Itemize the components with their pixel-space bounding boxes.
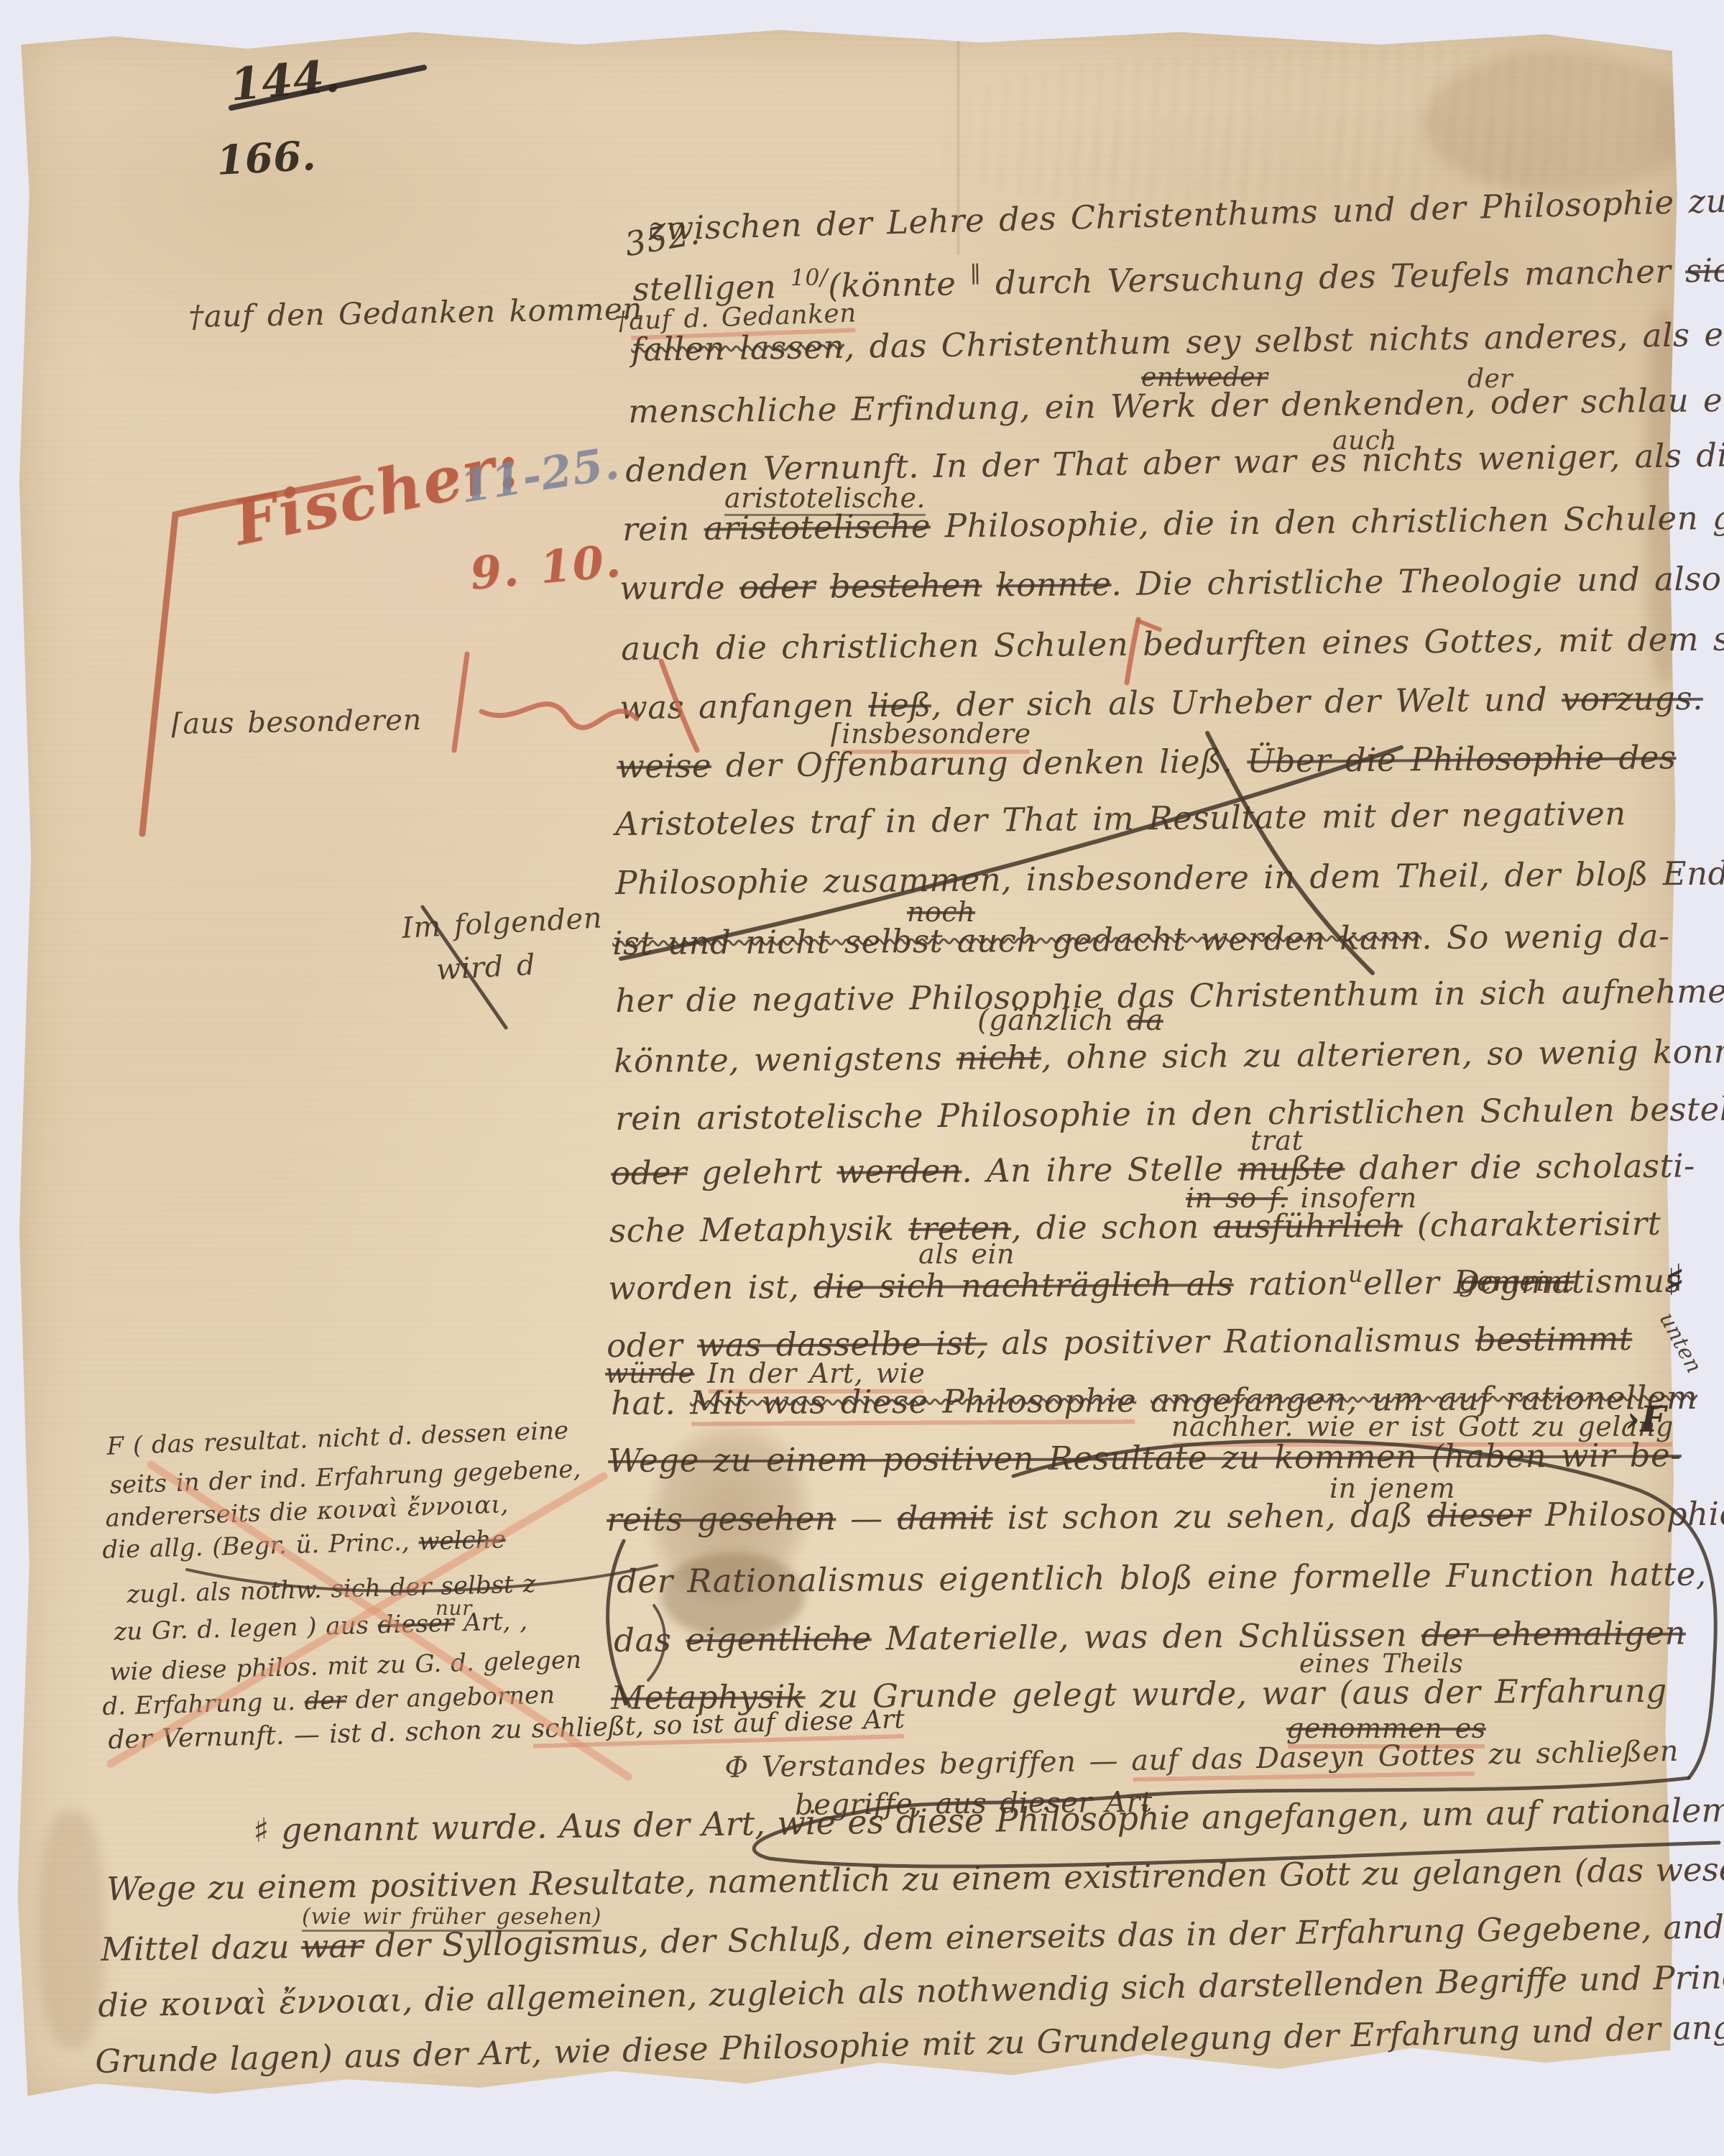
text-run: der Rationalismus eigentlich bloß eine f… bbox=[617, 1554, 1707, 1600]
text-run: hat. bbox=[611, 1383, 690, 1422]
margin-note: Im folgenden bbox=[401, 903, 603, 943]
body-line: menschliche Erfindung, ein Werk der denk… bbox=[628, 383, 1724, 428]
body-line: könnte, wenigstens nicht, ohne sich zu a… bbox=[614, 1034, 1724, 1077]
text-run: ausführlich bbox=[1213, 1206, 1403, 1245]
insert-word: als ein bbox=[918, 1240, 1015, 1268]
text-run: werden bbox=[836, 1152, 962, 1191]
text-run: denden Vernunft. In der That aber war es… bbox=[625, 436, 1724, 489]
text-run: zugl. als nothw. sich der selbst z bbox=[126, 1570, 536, 1609]
body-line: Wege zu einem positiven Resultate zu kom… bbox=[608, 1439, 1682, 1477]
body-line: was anfangen ließ, der sich als Urheber … bbox=[619, 682, 1703, 724]
body-line: oder was dasselbe ist, als positiver Rat… bbox=[607, 1322, 1632, 1362]
text-run: der bbox=[304, 1686, 346, 1716]
text-run: , die schon bbox=[1011, 1207, 1214, 1247]
text-run: durch Versuchung des Teufels mancher bbox=[981, 252, 1686, 302]
text-run: das bbox=[614, 1621, 686, 1659]
text-run: stelligen bbox=[632, 267, 791, 308]
text-run: unten bbox=[1654, 1309, 1707, 1378]
margin-block-line: F ( das resultat. nicht d. dessen eine bbox=[106, 1419, 569, 1459]
text-run: die allg. (Begr. ü. Princ., bbox=[102, 1527, 419, 1565]
text-run: Philosophie zusammen, insbesondere in de… bbox=[615, 854, 1724, 902]
text-run: ⌈aus besonderen bbox=[171, 704, 422, 741]
text-run: (könnte bbox=[828, 264, 971, 305]
text-run: Philosophie, die in den christlichen Sch… bbox=[931, 497, 1724, 545]
text-run: 166. bbox=[216, 132, 318, 185]
margin-block-line: zu Gr. d. legen ) aus dieser Art, , bbox=[114, 1609, 527, 1644]
text-run: Mittel dazu bbox=[101, 1927, 301, 1968]
text-run: weise bbox=[617, 747, 711, 786]
text-run: ♯ bbox=[253, 1811, 269, 1850]
body-line: stelligen 10/(könnte ∥ durch Versuchung … bbox=[632, 252, 1724, 305]
text-run: ist und nicht selbst auch gedacht werden… bbox=[612, 918, 1422, 962]
text-run: war bbox=[301, 1927, 364, 1966]
text-run: schließt, so ist auf diese Art bbox=[531, 1705, 905, 1744]
text-run: , das Christenthum sey selbst nichts and… bbox=[844, 315, 1724, 366]
text-run bbox=[982, 566, 996, 604]
text-run: Art, , bbox=[454, 1607, 528, 1638]
margin-block-line: andererseits die κοιναὶ ἔννοιαι, bbox=[105, 1492, 509, 1531]
text-run: bestehen bbox=[830, 566, 982, 606]
text-run: wird d bbox=[435, 949, 536, 987]
margin-block-line: seits in der ind. Erfahrung gegebene, bbox=[109, 1457, 581, 1498]
text-run: (charakterisirt bbox=[1403, 1204, 1661, 1245]
body-line: Aristoteles traf in der That im Resultat… bbox=[615, 797, 1626, 840]
red-page-range: 9. 10. bbox=[469, 539, 624, 596]
text-run: fallen lassen bbox=[631, 328, 844, 369]
text-run: Über die Philosophie des bbox=[1247, 738, 1677, 780]
hash-mark: ♯ bbox=[1664, 1259, 1686, 1302]
insert-word: gemeint bbox=[1459, 1268, 1575, 1295]
text-run bbox=[816, 567, 830, 605]
body-line: sche Metaphysik treten, die schon ausfüh… bbox=[609, 1207, 1661, 1247]
body-line: das eigentliche Materielle, was den Schl… bbox=[614, 1617, 1686, 1657]
margin-block-line: d. Erfahrung u. der der angebornen bbox=[102, 1683, 555, 1719]
text-run: als positiver Rationalismus bbox=[987, 1321, 1476, 1363]
text-run: d. Erfahrung u. bbox=[102, 1687, 305, 1721]
text-run: Aristoteles traf in der That im Resultat… bbox=[615, 794, 1626, 843]
text-run: Philosophie bbox=[1531, 1495, 1724, 1534]
text-run: vorzugs. bbox=[1562, 679, 1703, 719]
text-run: gelehrt bbox=[687, 1153, 837, 1192]
margin-note: wird d bbox=[435, 951, 536, 985]
text-run: seits in der ind. Erfahrung gegebene, bbox=[109, 1455, 581, 1500]
body-line: rein aristotelische Philosophie in den c… bbox=[615, 1092, 1724, 1135]
text-run: worden ist, bbox=[608, 1268, 813, 1307]
text-run: wie diese philos. mit zu G. d. gelegen bbox=[109, 1646, 582, 1687]
text-run: (gänzlich bbox=[977, 1004, 1127, 1037]
text-run: Wege zu einem positiven Resultate, namen… bbox=[106, 1848, 1724, 1908]
text-run: † bbox=[615, 306, 630, 336]
text-run: Φ Verstandes begriffen — bbox=[724, 1744, 1132, 1784]
text-run: reits gesehen bbox=[607, 1499, 836, 1539]
text-run: Im folgenden bbox=[401, 901, 603, 945]
text-run: als ein bbox=[918, 1238, 1015, 1270]
text-run: rein aristotelische Philosophie in den c… bbox=[615, 1089, 1724, 1138]
body-line: zwischen der Lehre des Christenthums und… bbox=[648, 180, 1724, 245]
margin-block-line: zugl. als nothw. sich der selbst z bbox=[126, 1572, 536, 1607]
text-run: da bbox=[1127, 1004, 1163, 1037]
text-run: zwischen der Lehre des Christenthums und… bbox=[648, 178, 1724, 248]
body-line: weise der Offenbarung denken ließ. Über … bbox=[617, 741, 1677, 783]
text-run: F ( das resultat. nicht d. dessen eine bbox=[106, 1416, 569, 1461]
margin-block-line: die allg. (Begr. ü. Princ., welche bbox=[102, 1527, 506, 1562]
text-run: zu schließen bbox=[1475, 1735, 1679, 1772]
text-run: der Vernunft. — ist d. schon zu bbox=[108, 1715, 532, 1755]
page-number: 166. bbox=[216, 136, 317, 181]
text-run: sche Metaphysik bbox=[609, 1210, 908, 1250]
text-run: wurde bbox=[619, 568, 739, 607]
text-run: — bbox=[836, 1499, 897, 1537]
text-run: eigentliche bbox=[686, 1619, 872, 1659]
body-line: oder gelehrt werden. An ihre Stelle mußt… bbox=[611, 1149, 1695, 1189]
text-run: nicht bbox=[957, 1038, 1042, 1077]
body-line: der Rationalismus eigentlich bloß eine f… bbox=[617, 1557, 1707, 1598]
text-run: menschliche Erfindung, ein Werk der denk… bbox=[628, 380, 1724, 430]
text-run: Wege zu einem positiven Resultate zu kom… bbox=[608, 1436, 1682, 1480]
text-run: ›F bbox=[1626, 1398, 1667, 1440]
text-run: auch die christlichen Schulen bedurften … bbox=[621, 619, 1724, 668]
margin-word: unten bbox=[1656, 1309, 1705, 1377]
text-run: 10/ bbox=[790, 264, 829, 291]
body-line: ist und nicht selbst auch gedacht werden… bbox=[612, 920, 1670, 959]
bottom-paragraph-line: die κοιναὶ ἔννοιαι, die allgemeinen, zug… bbox=[98, 1958, 1724, 2022]
text-run: daher die scholasti- bbox=[1345, 1146, 1695, 1187]
text-run: . Die christliche Theologie und also bbox=[1111, 560, 1721, 603]
text-run: welche bbox=[418, 1525, 506, 1556]
text-run: die sich nachträglich als bbox=[813, 1265, 1234, 1306]
text-run: damit bbox=[897, 1498, 993, 1537]
body-line: wurde oder bestehen konnte. Die christli… bbox=[619, 563, 1722, 604]
text-run: der Offenbarung denken ließ. bbox=[711, 742, 1248, 785]
text-run: . So wenig da- bbox=[1421, 917, 1670, 957]
text-run: bestimmt bbox=[1475, 1319, 1633, 1359]
margin-note: ⌈aus besonderen bbox=[171, 706, 422, 739]
text-run: zu Grunde gelegt wurde, war (aus der Erf… bbox=[806, 1672, 1667, 1715]
text-run: konnte bbox=[996, 565, 1112, 604]
text-run: auf das Daseyn Gottes bbox=[1131, 1738, 1476, 1777]
text-run: könnte, wenigstens bbox=[614, 1039, 957, 1080]
text-run: gemeint bbox=[1459, 1266, 1575, 1297]
text-run: Mit was diese Philosophie bbox=[690, 1381, 1136, 1422]
text-run: ist schon zu sehen, daß bbox=[993, 1496, 1428, 1537]
text-run bbox=[1136, 1381, 1151, 1419]
body-line: reits gesehen — damit ist schon zu sehen… bbox=[607, 1498, 1724, 1536]
margin-block-line: wie diese philos. mit zu G. d. gelegen bbox=[109, 1648, 581, 1685]
text-run: ∥ bbox=[970, 262, 982, 287]
text-run: zu Gr. d. legen ) aus bbox=[114, 1611, 378, 1646]
text-run: 9. 10. bbox=[468, 535, 624, 600]
insert-word: (gänzlich da bbox=[977, 1006, 1163, 1035]
margin-mark: ›F bbox=[1626, 1401, 1667, 1437]
text-run: ♯ bbox=[1664, 1256, 1686, 1306]
text-run: der angebornen bbox=[346, 1681, 555, 1715]
text-run: 144. bbox=[228, 50, 342, 111]
text-run: u bbox=[1348, 1261, 1363, 1287]
text-run: oder bbox=[739, 568, 816, 607]
body-line: denden Vernunft. In der That aber war es… bbox=[625, 438, 1724, 487]
text-run: , ohne sich zu alterieren, so wenig konn… bbox=[1041, 1031, 1724, 1077]
text-run: dieser bbox=[377, 1609, 455, 1640]
text-run: her die negative Philosophie das Christe… bbox=[615, 972, 1724, 1020]
body-line: her die negative Philosophie das Christe… bbox=[615, 975, 1724, 1017]
text-run: rein bbox=[622, 510, 704, 548]
text-run: sich ein- bbox=[1685, 249, 1724, 290]
margin-note: †auf den Gedanken kommen bbox=[188, 294, 642, 332]
bottom-paragraph-line: ♯ genannt wurde. Aus der Art, wie es die… bbox=[253, 1793, 1724, 1847]
insert-word: ⌈insbesondere bbox=[831, 720, 1031, 747]
text-run: oder bbox=[611, 1153, 687, 1192]
text-run: dieser bbox=[1427, 1496, 1531, 1534]
text-run: †auf den Gedanken kommen bbox=[188, 291, 642, 334]
body-line: auch die christlichen Schulen bedurften … bbox=[621, 622, 1724, 665]
page-number-crossed: 144. bbox=[229, 54, 342, 108]
body-line: Philosophie zusammen, insbesondere in de… bbox=[615, 857, 1724, 899]
bottom-paragraph-line: Wege zu einem positiven Resultate, namen… bbox=[106, 1851, 1724, 1905]
text-run: aristotelische bbox=[704, 507, 931, 548]
interline-note: Φ Verstandes begriffen — auf das Daseyn … bbox=[724, 1737, 1679, 1782]
manuscript-ink-layer: 144.166.352.Fischer:11-25.9. 10.†auf den… bbox=[0, 0, 1724, 2156]
text-run: der ehemaligen bbox=[1421, 1614, 1687, 1654]
text-run: ration bbox=[1233, 1264, 1348, 1303]
